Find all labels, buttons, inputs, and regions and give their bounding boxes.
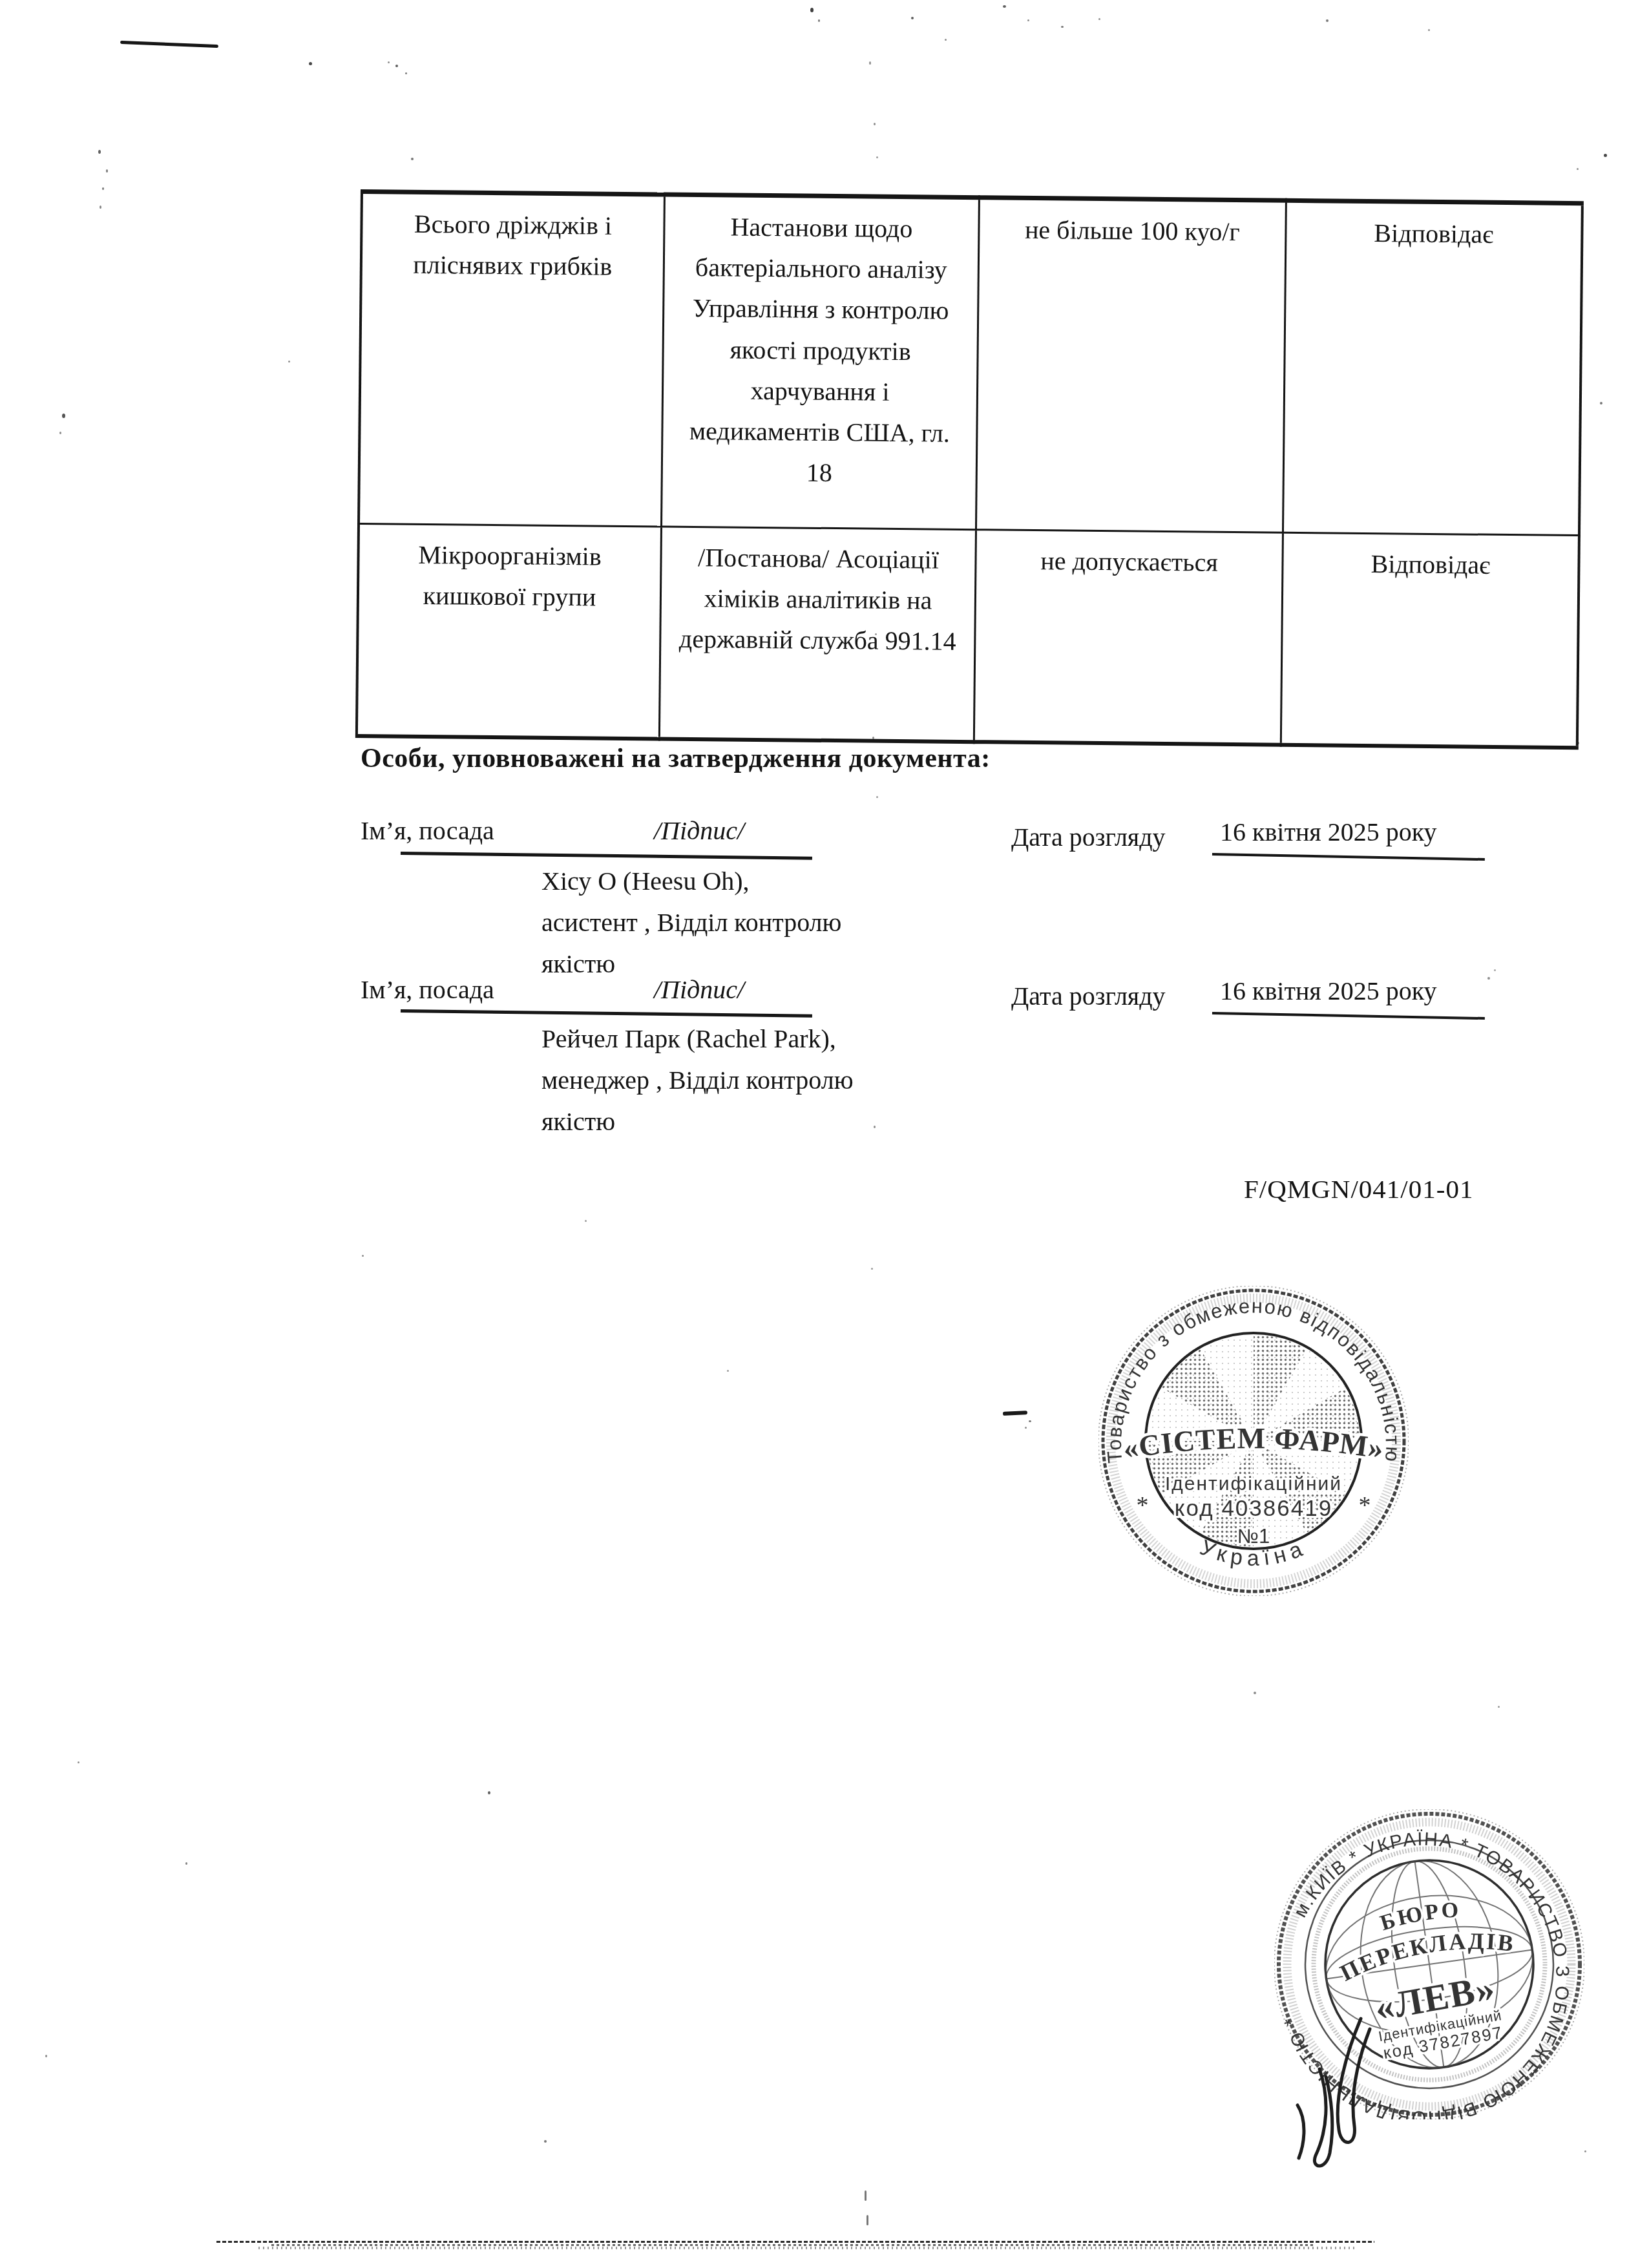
scan-speck [1029, 1420, 1031, 1422]
scan-artifact-line [120, 41, 218, 48]
scan-speck [185, 1862, 187, 1865]
scan-speck [810, 8, 814, 12]
scan-speck [1494, 969, 1496, 971]
signer-name: Рейчел Парк (Rachel Park), [541, 1018, 854, 1060]
stamp-star-right: * [1359, 1492, 1371, 1519]
scan-artifact-dash [1003, 1411, 1027, 1416]
scan-speck [1604, 154, 1607, 157]
cell-result: Відповідає [1283, 200, 1582, 535]
date-line [1212, 1012, 1485, 1020]
signer-title: асистент , Відділ контролю [541, 902, 841, 943]
cell-method: Настанови щодо бактеріального аналізу Уп… [662, 194, 980, 530]
scan-speck [78, 1761, 79, 1763]
scan-speck [411, 158, 414, 160]
handwritten-signature [1285, 2015, 1420, 2176]
scan-speck [818, 19, 820, 22]
signer-name-block: Рейчел Парк (Rachel Park), менеджер , Ві… [541, 1018, 854, 1142]
scan-edge-line [271, 2244, 1315, 2246]
review-date-value: 16 квітня 2025 року [1220, 817, 1437, 847]
scan-speck [1584, 2150, 1586, 2152]
stamp-id-label: Ідентифікаційний [1165, 1473, 1342, 1495]
review-date-label: Дата розгляду [1011, 981, 1166, 1011]
scan-edge-line [216, 2241, 1374, 2243]
scan-speck [1577, 168, 1579, 170]
scan-speck [45, 2055, 47, 2057]
scan-speck [876, 156, 878, 158]
signature-placeholder: /Підпис/ [654, 815, 744, 846]
scan-speck [869, 61, 871, 65]
table-row: Всього дріжджів і пліснявих грибків Наст… [359, 192, 1582, 536]
scan-speck [1098, 18, 1100, 20]
scan-speck [395, 65, 398, 67]
scan-speck [1254, 1692, 1256, 1694]
scan-speck [871, 1268, 873, 1270]
scan-speck [1061, 26, 1064, 28]
analysis-results-table: Всього дріжджів і пліснявих грибків Наст… [355, 189, 1584, 750]
scan-speck [876, 796, 878, 798]
scanned-document-page: Всього дріжджів і пліснявих грибків Наст… [0, 0, 1649, 2268]
name-position-label: Ім’я, посада [361, 974, 494, 1005]
name-position-label: Ім’я, посада [361, 815, 494, 846]
scan-speck [945, 39, 947, 41]
scan-speck [1487, 977, 1490, 980]
scan-speck [1025, 1427, 1027, 1429]
scan-speck [100, 205, 101, 209]
scan-speck [911, 17, 914, 19]
cell-parameter: Всього дріжджів і пліснявих грибків [359, 192, 664, 527]
scan-speck [1027, 19, 1029, 21]
cell-parameter: Мікроорганізмів кишкової групи [357, 523, 662, 739]
approvals-heading: Особи, уповноважені на затвердження доку… [361, 743, 991, 774]
scan-speck [1428, 29, 1430, 31]
scan-speck [106, 169, 108, 173]
cell-limit: не допускається [974, 530, 1283, 745]
scan-speck [388, 61, 390, 63]
scan-speck [867, 2215, 868, 2225]
scan-speck [98, 150, 101, 154]
scan-speck [727, 1370, 729, 1372]
company-round-stamp: Товариство з обмеженою відповідальністю … [1098, 1286, 1409, 1596]
scan-speck [488, 1791, 490, 1794]
scan-speck [1003, 5, 1006, 8]
signer-title: менеджер , Відділ контролю [541, 1060, 854, 1101]
date-line [1212, 853, 1485, 861]
scan-speck [288, 361, 290, 362]
scan-speck [872, 737, 874, 739]
scan-speck [874, 1126, 876, 1128]
scan-speck [865, 2190, 867, 2201]
cell-limit: не більше 100 куо/г [976, 198, 1286, 533]
signature-line [401, 852, 812, 860]
table-row: Мікроорганізмів кишкової групи /Постанов… [357, 523, 1579, 748]
review-date-label: Дата розгляду [1011, 822, 1166, 852]
scan-speck [871, 428, 873, 430]
scan-speck [1600, 402, 1602, 404]
scan-speck [405, 72, 407, 74]
scan-speck [309, 62, 312, 65]
review-date-value: 16 квітня 2025 року [1220, 976, 1437, 1006]
scan-speck [874, 123, 876, 125]
stamp-id-code: код 40386419 [1175, 1496, 1332, 1521]
scan-speck [1577, 742, 1579, 744]
stamp-star-left: * [1137, 1492, 1149, 1519]
scan-speck [59, 432, 61, 434]
signer-name: Хісу О (Heesu Oh), [541, 861, 841, 902]
scan-speck [1498, 1706, 1500, 1708]
scan-speck [62, 414, 65, 418]
scan-speck [544, 2140, 547, 2143]
cell-method: /Постанова/ Асоціації хіміків аналітиків… [659, 527, 976, 742]
signature-line [401, 1009, 812, 1018]
scan-speck [875, 633, 877, 635]
signer-title: якістю [541, 1101, 854, 1142]
scan-speck [585, 1220, 587, 1222]
analysis-table-wrap: Всього дріжджів і пліснявих грибків Наст… [355, 189, 1490, 749]
scan-speck [102, 187, 104, 190]
scan-speck [362, 1255, 364, 1257]
cell-result: Відповідає [1281, 532, 1579, 748]
scan-edge-line [258, 2247, 1357, 2249]
signature-placeholder: /Підпис/ [654, 974, 744, 1005]
document-code: F/QMGN/041/01-01 [1244, 1173, 1473, 1204]
stamp-number: №1 [1237, 1525, 1270, 1548]
scan-speck [1326, 19, 1329, 22]
signer-name-block: Хісу О (Heesu Oh), асистент , Відділ кон… [541, 861, 841, 985]
